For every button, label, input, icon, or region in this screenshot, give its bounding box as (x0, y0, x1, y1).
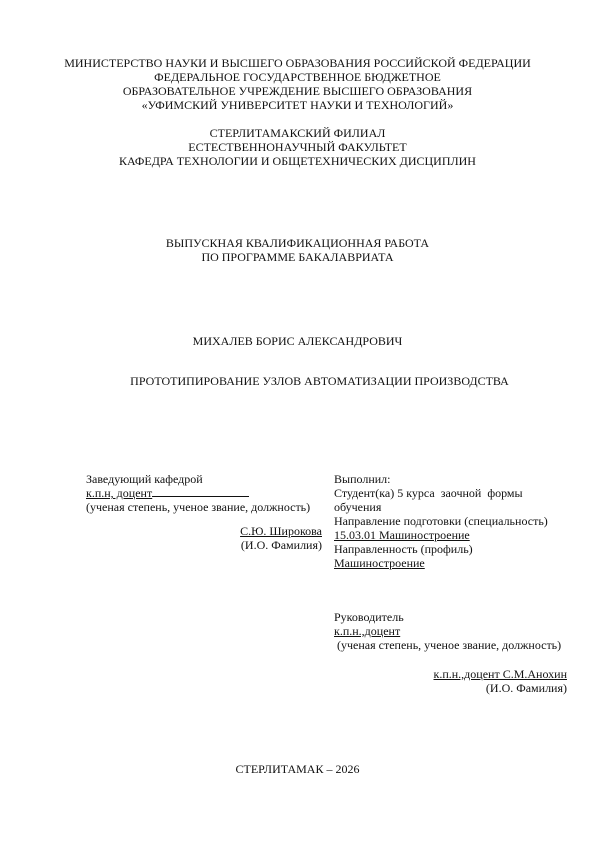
student-line-2: обучения (334, 500, 574, 514)
direction-value-line: 15.03.01 Машиностроение (334, 528, 574, 542)
head-name: С.Ю. Широкова (240, 524, 322, 538)
student-line: Студент(ка) 5 курса заочной формы (334, 486, 574, 500)
performed-by-block: Выполнил: Студент(ка) 5 курса заочной фо… (334, 472, 574, 570)
branch-line: СТЕРЛИТАМАКСКИЙ ФИЛИАЛ (0, 126, 595, 140)
thesis-title: ПРОТОТИПИРОВАНИЕ УЗЛОВ АВТОМАТИЗАЦИИ ПРО… (22, 374, 595, 388)
supervisor-label: Руководитель (334, 610, 574, 624)
supervisor-degree-line: к.п.н.,доцент (334, 624, 574, 638)
profile-label: Направленность (профиль) (334, 542, 574, 556)
head-of-department-block: Заведующий кафедрой к.п.н, доцент (учена… (86, 472, 326, 552)
supervisor-name-line: к.п.н.,доцент С.М.Анохин (334, 667, 567, 681)
signature-line (152, 486, 249, 497)
profile-value: Машиностроение (334, 556, 425, 570)
work-type-line: ПО ПРОГРАММЕ БАКАЛАВРИАТА (0, 250, 595, 264)
ministry-header: МИНИСТЕРСТВО НАУКИ И ВЫСШЕГО ОБРАЗОВАНИЯ… (0, 56, 595, 112)
supervisor-block: Руководитель к.п.н.,доцент (ученая степе… (334, 610, 574, 652)
ministry-line: «УФИМСКИЙ УНИВЕРСИТЕТ НАУКИ И ТЕХНОЛОГИЙ… (0, 98, 595, 112)
supervisor-degree: к.п.н.,доцент (334, 624, 400, 638)
head-label: Заведующий кафедрой (86, 472, 326, 486)
city-year: СТЕРЛИТАМАК – 2026 (0, 762, 595, 776)
author-name: МИХАЛЕВ БОРИС АЛЕКСАНДРОВИЧ (0, 334, 595, 348)
faculty-line: ЕСТЕСТВЕННОНАУЧНЫЙ ФАКУЛЬТЕТ (0, 140, 595, 154)
head-degree-hint: (ученая степень, ученое звание, должност… (86, 500, 326, 514)
branch-header: СТЕРЛИТАМАКСКИЙ ФИЛИАЛ ЕСТЕСТВЕННОНАУЧНЫ… (0, 126, 595, 168)
department-line: КАФЕДРА ТЕХНОЛОГИИ И ОБЩЕТЕХНИЧЕСКИХ ДИС… (0, 154, 595, 168)
work-type: ВЫПУСКНАЯ КВАЛИФИКАЦИОННАЯ РАБОТА ПО ПРО… (0, 236, 595, 264)
supervisor-name-hint: (И.О. Фамилия) (334, 681, 567, 695)
head-degree-line: к.п.н, доцент (86, 486, 326, 500)
profile-value-line: Машиностроение (334, 556, 574, 570)
direction-value: 15.03.01 Машиностроение (334, 528, 470, 542)
head-name-hint: (И.О. Фамилия) (86, 538, 322, 552)
ministry-line: ФЕДЕРАЛЬНОЕ ГОСУДАРСТВЕННОЕ БЮДЖЕТНОЕ (0, 70, 595, 84)
head-name-line: С.Ю. Широкова (86, 524, 322, 538)
work-type-line: ВЫПУСКНАЯ КВАЛИФИКАЦИОННАЯ РАБОТА (0, 236, 595, 250)
ministry-line: МИНИСТЕРСТВО НАУКИ И ВЫСШЕГО ОБРАЗОВАНИЯ… (0, 56, 595, 70)
ministry-line: ОБРАЗОВАТЕЛЬНОЕ УЧРЕЖДЕНИЕ ВЫСШЕГО ОБРАЗ… (0, 84, 595, 98)
direction-label: Направление подготовки (специальность) (334, 514, 574, 528)
head-degree: к.п.н, доцент (86, 486, 152, 500)
supervisor-name: к.п.н.,доцент С.М.Анохин (434, 667, 568, 681)
supervisor-degree-hint: (ученая степень, ученое звание, должност… (334, 638, 574, 652)
performed-label: Выполнил: (334, 472, 574, 486)
supervisor-sign-block: к.п.н.,доцент С.М.Анохин (И.О. Фамилия) (334, 667, 567, 695)
